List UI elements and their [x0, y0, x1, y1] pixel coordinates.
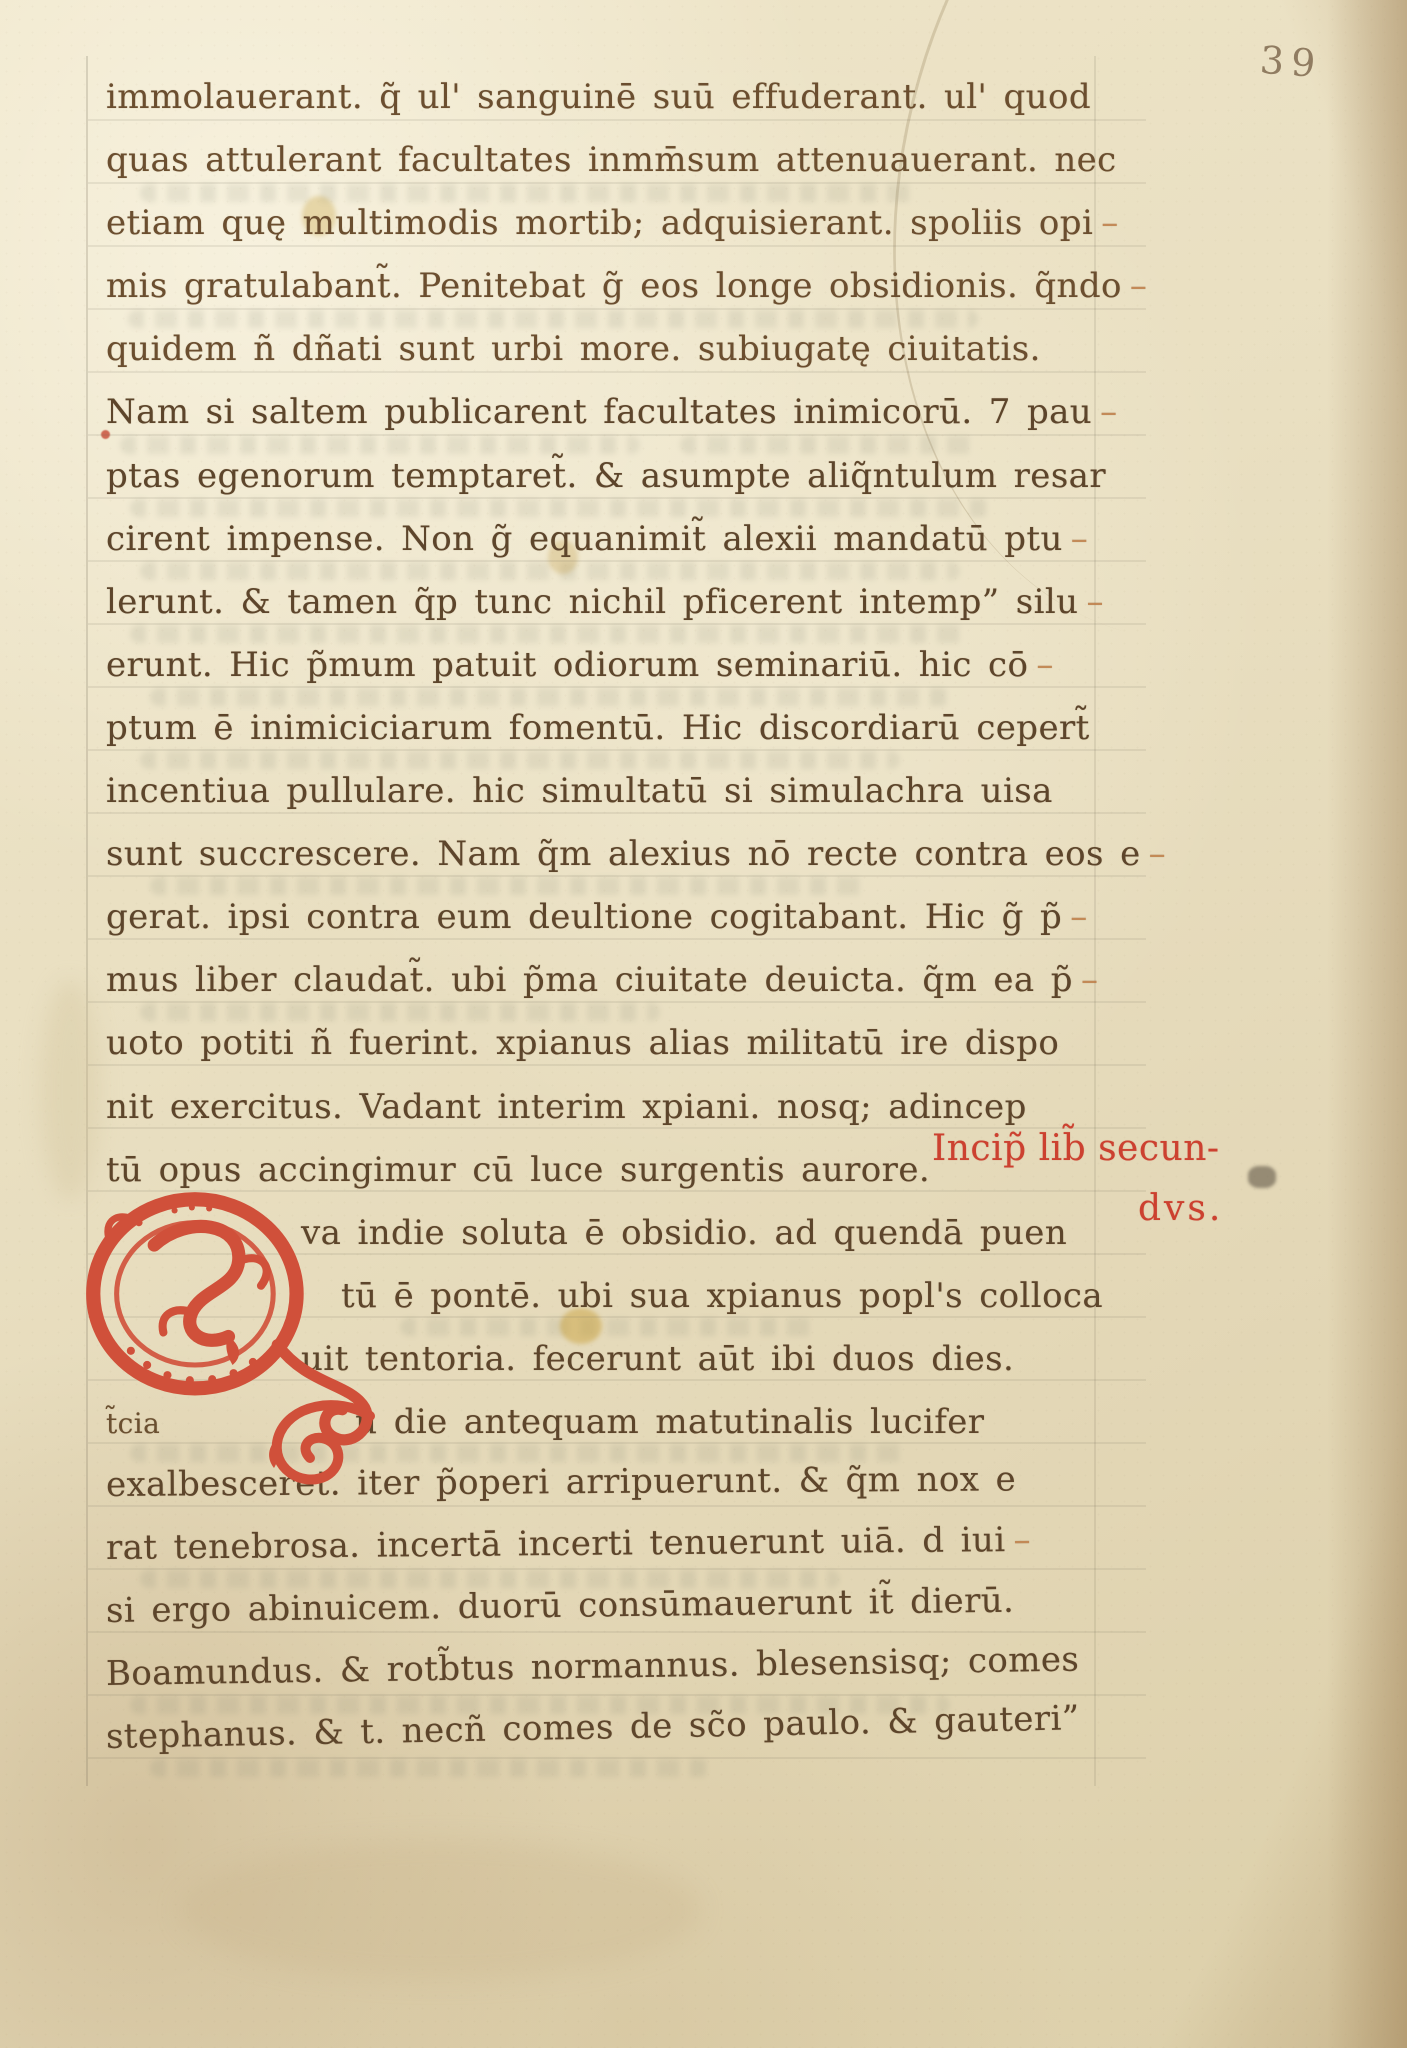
text-segment: tū opus accingimur cū luce surgentis aur… — [106, 1150, 930, 1190]
text-segment: quas attulerant facultates inmm̄sum atte… — [106, 140, 1117, 180]
text-segment: – — [1086, 582, 1103, 622]
text-line: etiam quę multimodis mortib; adquisieran… — [106, 192, 1116, 255]
text-segment: ū die antequam matutinalis lucifer — [355, 1402, 984, 1442]
text-segment: Boamundus. & rotb̃tus normannus. blesens… — [106, 1640, 1080, 1694]
text-segment: ptum ē inimiciciarum fomentū. Hic discor… — [106, 708, 1090, 748]
text-segment: tū ē pontē. ubi sua xpianus popl's collo… — [341, 1276, 1103, 1316]
text-line: mis gratulabant̃. Penitebat g̃ eos longe… — [106, 255, 1116, 318]
text-line: ptas egenorum temptaret̃. & asumpte aliq… — [106, 445, 1116, 508]
text-line: uoto potiti ñ fuerint. xpianus alias mil… — [106, 1012, 1116, 1075]
manuscript-page: 39 immolauerant. q̃ ul' sanguinē suū eff… — [0, 0, 1407, 2048]
text-segment: erunt. Hic p̃mum patuit odiorum seminari… — [106, 645, 1028, 685]
text-segment: – — [1071, 519, 1088, 559]
text-segment: nit exercitus. Vadant interim xpiani. no… — [106, 1087, 1027, 1127]
text-segment: – — [1149, 834, 1166, 874]
left-ruling-line — [86, 56, 88, 1786]
text-line: erunt. Hic p̃mum patuit odiorum seminari… — [106, 634, 1116, 697]
text-segment: cirent impense. Non g̃ equanimit̃ alexii… — [106, 519, 1063, 559]
text-line: Nam si saltem publicarent facultates ini… — [106, 381, 1116, 444]
text-line: immolauerant. q̃ ul' sanguinē suū effude… — [106, 66, 1116, 129]
text-segment: – — [1070, 897, 1087, 937]
text-segment: quidem ñ dñati sunt urbi more. subiugatę… — [106, 329, 1041, 369]
text-segment: – — [1013, 1520, 1031, 1560]
text-line: quas attulerant facultates inmm̄sum atte… — [106, 129, 1116, 192]
text-segment: mus liber claudat̃. ubi p̃ma ciuitate de… — [106, 960, 1073, 1000]
rubric-incipit-line1: Incip̃ lib̃ secun- — [932, 1128, 1220, 1169]
text-segment: – — [1100, 392, 1117, 432]
text-segment: uoto potiti ñ fuerint. xpianus alias mil… — [106, 1023, 1059, 1063]
text-segment: mis gratulabant̃. Penitebat g̃ eos longe… — [106, 266, 1122, 306]
text-segment: va indie soluta ē obsidio. ad quendā pue… — [301, 1213, 1067, 1253]
text-segment: incentiua pullulare. hic simultatū si si… — [106, 771, 1053, 811]
text-segment: – — [1130, 266, 1147, 306]
text-segment: – — [1036, 645, 1053, 685]
text-segment: ptas egenorum temptaret̃. & asumpte aliq… — [106, 456, 1106, 496]
text-block: immolauerant. q̃ ul' sanguinē suū effude… — [106, 66, 1116, 1771]
text-line: sunt succrescere. Nam q̃m alexius nō rec… — [106, 823, 1116, 886]
text-line: lerunt. & tamen q̃p tunc nichil pficeren… — [106, 571, 1116, 634]
text-segment: si ergo abinuicem. duorū consūmauerunt i… — [106, 1581, 1015, 1631]
text-segment: gerat. ipsi contra eum deultione cogitab… — [106, 897, 1062, 937]
text-segment: Nam si saltem publicarent facultates ini… — [106, 392, 1092, 432]
folio-number: 39 — [1259, 38, 1324, 86]
parchment-stain — [180, 1840, 700, 1980]
text-segment: immolauerant. q̃ ul' sanguinē suū effude… — [106, 77, 1091, 117]
text-segment: etiam quę multimodis mortib; adquisieran… — [106, 203, 1093, 243]
rubric-incipit-line2: dvs. — [1138, 1188, 1223, 1229]
text-segment: rat tenebrosa. incertā incerti tenuerunt… — [106, 1520, 1006, 1568]
text-line: incentiua pullulare. hic simultatū si si… — [106, 760, 1116, 823]
text-line: gerat. ipsi contra eum deultione cogitab… — [106, 886, 1116, 949]
text-line: ptum ē inimiciciarum fomentū. Hic discor… — [106, 697, 1116, 760]
text-segment: – — [1081, 960, 1098, 1000]
text-segment: stephanus. & t. necñ comes de sc̃o paulo… — [106, 1699, 1080, 1758]
text-segment: sunt succrescere. Nam q̃m alexius nō rec… — [106, 834, 1141, 874]
parchment-stain — [40, 980, 100, 1200]
text-line: quidem ñ dñati sunt urbi more. subiugatę… — [106, 318, 1116, 381]
text-line: cirent impense. Non g̃ equanimit̃ alexii… — [106, 508, 1116, 571]
text-segment: uit tentoria. fecerunt aūt ibi duos dies… — [301, 1339, 1014, 1379]
dark-blot — [1248, 1166, 1276, 1188]
text-line: mus liber claudat̃. ubi p̃ma ciuitate de… — [106, 949, 1116, 1012]
text-segment: lerunt. & tamen q̃p tunc nichil pficeren… — [106, 582, 1078, 622]
initial-flourish — [258, 1396, 378, 1496]
text-segment: – — [1101, 203, 1118, 243]
